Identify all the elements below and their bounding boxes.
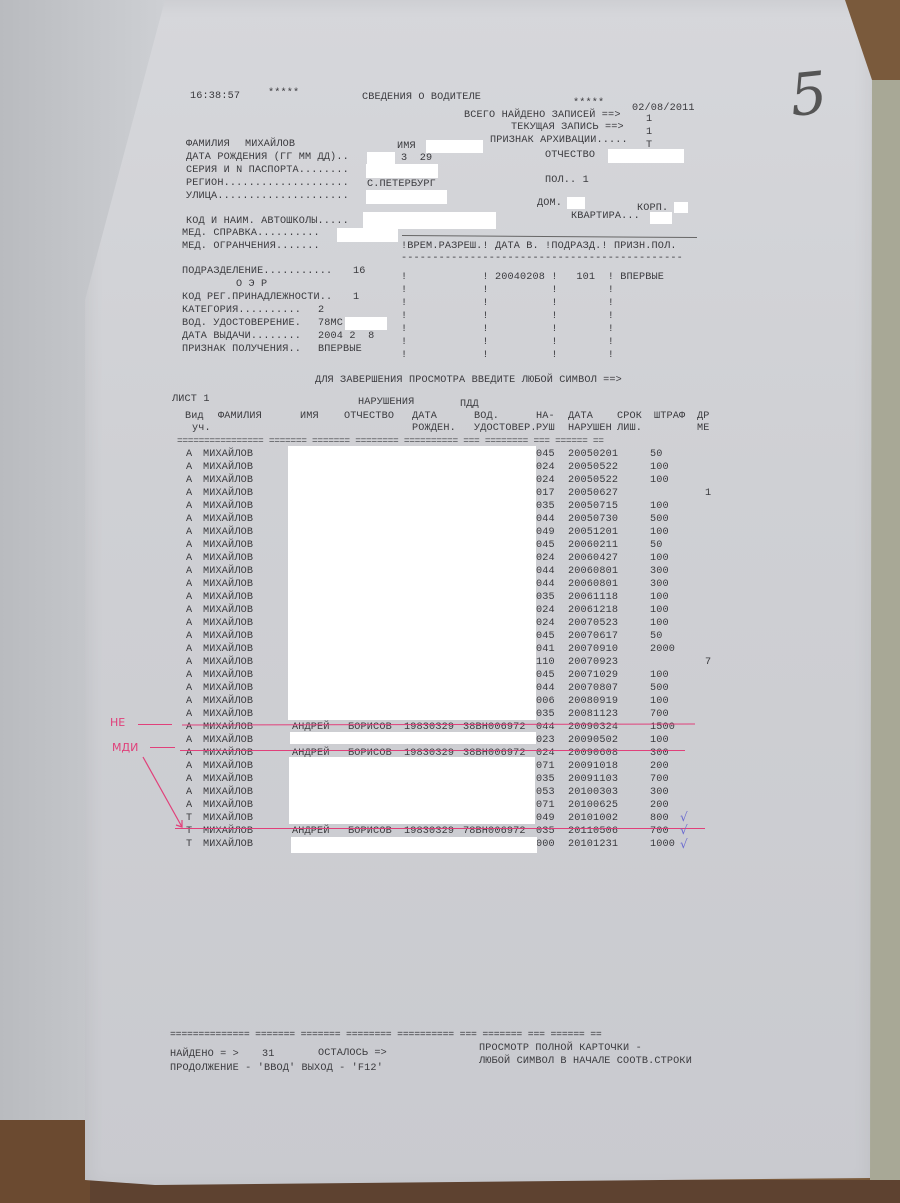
redacted-block-3 <box>289 757 535 824</box>
table-cell-code: 045 <box>536 539 555 552</box>
table-cell-surname: МИХАЙЛОВ <box>203 643 253 656</box>
table-cell-code: 024 <box>536 747 555 760</box>
table-cell-surname: МИХАЙЛОВ <box>203 721 253 734</box>
table-cell-code: 024 <box>536 604 555 617</box>
strike-line-row-30 <box>175 828 705 829</box>
redacted-block-1 <box>288 446 536 720</box>
table-cell-fine: 700 <box>650 825 669 838</box>
table-cell-type: А <box>186 682 192 695</box>
table-cell-code: 024 <box>536 617 555 630</box>
table-cell-date: 20060801 <box>568 578 618 591</box>
table-cell-surname: МИХАЙЛОВ <box>203 734 253 747</box>
table-cell-date: 20090502 <box>568 734 618 747</box>
table-cell-surname: МИХАЙЛОВ <box>203 669 253 682</box>
table-cell-type: А <box>186 487 192 500</box>
table-cell-fine: 300 <box>650 565 669 578</box>
table-cell-date: 20101231 <box>568 838 618 851</box>
table-cell-type: А <box>186 695 192 708</box>
table-cell-date: 20050522 <box>568 474 618 487</box>
redacted-block-2 <box>290 732 536 744</box>
table-cell-code: 044 <box>536 565 555 578</box>
oer-label: О Э Р <box>236 278 267 291</box>
table-cell-fine: 200 <box>650 799 669 812</box>
table-cell-fine: 100 <box>650 617 669 630</box>
redacted-street <box>366 190 447 204</box>
table-cell-code: 035 <box>536 773 555 786</box>
table-cell-date: 20060211 <box>568 539 618 552</box>
table-cell-fine: 700 <box>650 773 669 786</box>
table-cell-code: 017 <box>536 487 555 500</box>
total-found-value: 1 <box>646 113 652 126</box>
table-cell-date: 20060801 <box>568 565 618 578</box>
table-cell-surname: МИХАЙЛОВ <box>203 773 253 786</box>
table-cell-surname: МИХАЙЛОВ <box>203 604 253 617</box>
permit-row-empty: ! ! ! ! <box>401 310 614 323</box>
table-cell-code: 049 <box>536 526 555 539</box>
med-restr-label: МЕД. ОГРАНЧЕНИЯ....... <box>182 240 320 253</box>
table-cell-surname: МИХАЙЛОВ <box>203 708 253 721</box>
table-cell-code: 035 <box>536 708 555 721</box>
table-cell-type: А <box>186 578 192 591</box>
strike-line-row-24 <box>180 750 685 751</box>
table-cell-surname: МИХАЙЛОВ <box>203 617 253 630</box>
table-cell-date: 20070523 <box>568 617 618 630</box>
table-cell-type: А <box>186 617 192 630</box>
table-cell-fine: 100 <box>650 461 669 474</box>
table-cell-code: 035 <box>536 500 555 513</box>
annotation-arrow-diagonal <box>140 755 190 835</box>
table-cell-code: 045 <box>536 448 555 461</box>
table-cell-surname: МИХАЙЛОВ <box>203 578 253 591</box>
table-cell-surname: МИХАЙЛОВ <box>203 565 253 578</box>
table-cell-code: 045 <box>536 630 555 643</box>
table-cell-type: Т <box>186 838 192 851</box>
redacted-apt <box>650 212 672 224</box>
check-mark-icon: √ <box>680 823 688 837</box>
table-cell-date: 20060427 <box>568 552 618 565</box>
table-cell-type: А <box>186 526 192 539</box>
table-cell-date: 20091103 <box>568 773 618 786</box>
table-cell-code: 053 <box>536 786 555 799</box>
table-cell-type: А <box>186 721 192 734</box>
table-cell-surname: МИХАЙЛОВ <box>203 474 253 487</box>
table-cell-surname: МИХАЙЛОВ <box>203 591 253 604</box>
table-cell-code: 044 <box>536 682 555 695</box>
redacted-med-cert <box>337 228 398 242</box>
table-cell-date: 20050522 <box>568 461 618 474</box>
table-cell-code: 035 <box>536 825 555 838</box>
table-cell-fine: 300 <box>650 747 669 760</box>
table-cell-code: 049 <box>536 812 555 825</box>
surname-value: МИХАЙЛОВ <box>245 138 295 151</box>
permit-row-empty: ! ! ! ! <box>401 284 614 297</box>
table-cell-type: А <box>186 734 192 747</box>
redacted-school <box>363 212 496 229</box>
annotation-arrow-2 <box>150 747 175 748</box>
redacted-block-4 <box>291 837 537 853</box>
table-cell-code: 023 <box>536 734 555 747</box>
table-cell-code: 071 <box>536 760 555 773</box>
redacted-passport <box>366 164 438 178</box>
apt-label: КВАРТИРА... <box>571 210 640 223</box>
category-value: 2 <box>318 304 324 317</box>
redacted-name <box>426 140 483 153</box>
surname-label: ФАМИЛИЯ <box>186 138 230 151</box>
birth-label: ДАТА РОЖДЕНИЯ (ГГ ММ ДД).. <box>186 151 349 164</box>
region-code-label: КОД РЕГ.ПРИНАДЛЕЖНОСТИ.. <box>182 291 332 304</box>
table-cell-date: 20070807 <box>568 682 618 695</box>
table-cell-fine: 100 <box>650 500 669 513</box>
table-cell-type: А <box>186 630 192 643</box>
table-cell-fine: 200 <box>650 760 669 773</box>
table-cell-code: 045 <box>536 669 555 682</box>
table-cell-fine: 100 <box>650 604 669 617</box>
table-cell-type: А <box>186 552 192 565</box>
group-header-violations: НАРУШЕНИЯ <box>358 396 414 409</box>
annotation-arrow-1 <box>138 724 172 725</box>
footer-separator: ============== ======= ======= ======== … <box>170 1028 602 1041</box>
permit-row-empty: ! ! ! ! <box>401 336 614 349</box>
table-cell-code: 024 <box>536 461 555 474</box>
table-cell-fine: 500 <box>650 682 669 695</box>
table-cell-fine: 100 <box>650 526 669 539</box>
med-cert-label: МЕД. СПРАВКА.......... <box>182 227 320 240</box>
sheet-label: ЛИСТ 1 <box>172 393 210 406</box>
redacted-house <box>567 197 585 209</box>
table-cell-date: 20090608 <box>568 747 618 760</box>
remaining-label: ОСТАЛОСЬ => <box>318 1047 387 1060</box>
table-cell-fine: 100 <box>650 734 669 747</box>
table-cell-code: 035 <box>536 591 555 604</box>
print-time: 16:38:57 <box>190 90 240 103</box>
table-cell-surname: МИХАЙЛОВ <box>203 539 253 552</box>
table-cell-other: 1 <box>705 487 711 500</box>
table-cell-surname: МИХАЙЛОВ <box>203 526 253 539</box>
column-header: ФАМИЛИЯ <box>218 410 262 423</box>
table-cell-surname: МИХАЙЛОВ <box>203 448 253 461</box>
permit-table-dashes: ----------------------------------------… <box>401 252 683 265</box>
table-cell-code: 041 <box>536 643 555 656</box>
continue-hint: ПРОДОЛЖЕНИЕ - 'ВВОД' ВЫХОД - 'F12' <box>170 1062 383 1075</box>
table-cell-fine: 100 <box>650 695 669 708</box>
passport-label: СЕРИЯ И N ПАСПОРТА........ <box>186 164 349 177</box>
issue-date-value: 2004 2 8 <box>318 330 374 343</box>
table-cell-date: 20100303 <box>568 786 618 799</box>
table-cell-fine: 50 <box>650 539 663 552</box>
table-cell-surname: МИХАЙЛОВ <box>203 786 253 799</box>
paper-stack-edge <box>870 80 900 1203</box>
table-cell-date: 20081123 <box>568 708 618 721</box>
table-cell-date: 20061218 <box>568 604 618 617</box>
table-cell-type: А <box>186 591 192 604</box>
current-record-label: ТЕКУЩАЯ ЗАПИСЬ ==> <box>511 121 624 134</box>
redacted-korp <box>674 202 688 213</box>
region-label: РЕГИОН.................... <box>186 177 349 190</box>
table-cell-date: 20061118 <box>568 591 618 604</box>
table-cell-fine: 2000 <box>650 643 675 656</box>
table-cell-code: 024 <box>536 552 555 565</box>
table-cell-type: А <box>186 643 192 656</box>
table-cell-date: 20050201 <box>568 448 618 461</box>
region-code-value: 1 <box>353 291 359 304</box>
table-cell-date: 20051201 <box>568 526 618 539</box>
table-cell-surname: МИХАЙЛОВ <box>203 760 253 773</box>
found-value: 31 <box>262 1048 275 1061</box>
table-cell-fine: 300 <box>650 786 669 799</box>
check-mark-icon: √ <box>680 810 688 824</box>
patronymic-label: ОТЧЕСТВО <box>545 149 595 162</box>
issue-date-label: ДАТА ВЫДАЧИ........ <box>182 330 301 343</box>
table-cell-type: А <box>186 708 192 721</box>
sex-label: ПОЛ.. 1 <box>545 174 589 187</box>
document-title: СВЕДЕНИЯ О ВОДИТЕЛЕ <box>362 91 481 104</box>
table-cell-code: 024 <box>536 474 555 487</box>
table-cell-fine: 1000 <box>650 838 675 851</box>
column-header: ИМЯ <box>300 410 319 423</box>
table-cell-date: 20101002 <box>568 812 618 825</box>
receipt-value: ВПЕРВЫЕ <box>318 343 362 356</box>
table-cell-fine: 50 <box>650 630 663 643</box>
full-card-hint-2: ЛЮБОЙ СИМВОЛ В НАЧАЛЕ СООТВ.СТРОКИ <box>479 1055 692 1068</box>
table-cell-type: А <box>186 474 192 487</box>
table-cell-fine: 300 <box>650 578 669 591</box>
table-cell-date: 20050715 <box>568 500 618 513</box>
redacted-license <box>345 317 387 330</box>
table-cell-type: А <box>186 565 192 578</box>
category-label: КАТЕГОРИЯ.......... <box>182 304 301 317</box>
table-cell-type: А <box>186 656 192 669</box>
table-cell-surname: МИХАЙЛОВ <box>203 500 253 513</box>
column-header: МЕ <box>697 422 710 435</box>
house-label: ДОМ. <box>537 197 562 210</box>
table-cell-date: 20070923 <box>568 656 618 669</box>
stars-left: ***** <box>268 87 299 100</box>
table-cell-surname: МИХАЙЛОВ <box>203 630 253 643</box>
table-cell-fine: 100 <box>650 552 669 565</box>
table-cell-surname: МИХАЙЛОВ <box>203 825 253 838</box>
table-cell-fine: 800 <box>650 812 669 825</box>
table-cell-fine: 100 <box>650 669 669 682</box>
redacted-patronymic <box>608 149 684 163</box>
column-header: ЛИШ. <box>617 422 642 435</box>
table-cell-date: 20070617 <box>568 630 618 643</box>
table-cell-surname: МИХАЙЛОВ <box>203 695 253 708</box>
table-cell-type: А <box>186 461 192 474</box>
table-cell-type: А <box>186 539 192 552</box>
table-cell-surname: МИХАЙЛОВ <box>203 487 253 500</box>
table-cell-code: 044 <box>536 513 555 526</box>
table-cell-surname: МИХАЙЛОВ <box>203 552 253 565</box>
table-cell-date: 20080919 <box>568 695 618 708</box>
annotation-note-2: МДИ <box>112 741 138 754</box>
table-cell-surname: МИХАЙЛОВ <box>203 682 253 695</box>
table-cell-type: А <box>186 448 192 461</box>
table-cell-surname: МИХАЙЛОВ <box>203 838 253 851</box>
table-cell-code: 071 <box>536 799 555 812</box>
archive-flag-label: ПРИЗНАК АРХИВАЦИИ..... <box>490 134 628 147</box>
table-cell-surname: МИХАЙЛОВ <box>203 799 253 812</box>
table-cell-type: А <box>186 604 192 617</box>
table-cell-type: А <box>186 669 192 682</box>
check-mark-icon: √ <box>680 837 688 851</box>
division-value: 16 <box>353 265 366 278</box>
table-cell-fine: 700 <box>650 708 669 721</box>
license-value: 78МС <box>318 317 343 330</box>
permit-row-empty: ! ! ! ! <box>401 297 614 310</box>
table-cell-code: 110 <box>536 656 555 669</box>
handwritten-page-number: 5 <box>787 58 831 129</box>
table-cell-surname: МИХАЙЛОВ <box>203 812 253 825</box>
table-cell-fine: 50 <box>650 448 663 461</box>
table-cell-surname: МИХАЙЛОВ <box>203 461 253 474</box>
table-cell-type: А <box>186 513 192 526</box>
table-cell-code: 000 <box>536 838 555 851</box>
found-label: НАЙДЕНО = > <box>170 1048 239 1061</box>
permit-row-empty: ! ! ! ! <box>401 323 614 336</box>
permit-row-empty: ! ! ! ! <box>401 349 614 362</box>
table-cell-code: 044 <box>536 578 555 591</box>
table-cell-date: 20050730 <box>568 513 618 526</box>
table-cell-code: 006 <box>536 695 555 708</box>
print-date: 02/08/2011 <box>632 102 695 115</box>
table-cell-date: 20071029 <box>568 669 618 682</box>
table-cell-date: 20100625 <box>568 799 618 812</box>
table-cell-surname: МИХАЙЛОВ <box>203 656 253 669</box>
table-cell-surname: МИХАЙЛОВ <box>203 747 253 760</box>
table-cell-date: 20070910 <box>568 643 618 656</box>
view-prompt: ДЛЯ ЗАВЕРШЕНИЯ ПРОСМОТРА ВВЕДИТЕ ЛЮБОЙ С… <box>315 374 622 387</box>
table-cell-other: 7 <box>705 656 711 669</box>
table-cell-date: 20110506 <box>568 825 618 838</box>
table-cell-fine: 100 <box>650 474 669 487</box>
full-card-hint-1: ПРОСМОТР ПОЛНОЙ КАРТОЧКИ - <box>479 1042 642 1055</box>
table-cell-fine: 500 <box>650 513 669 526</box>
license-label: ВОД. УДОСТОВЕРЕНИЕ. <box>182 317 301 330</box>
street-label: УЛИЦА..................... <box>186 190 349 203</box>
column-header: ШТРАФ <box>654 410 685 423</box>
table-cell-type: А <box>186 500 192 513</box>
permit-row-1: ! ! 20040208 ! 101 ! ВПЕРВЫЕ <box>401 271 664 284</box>
division-label: ПОДРАЗДЕЛЕНИЕ........... <box>182 265 332 278</box>
table-cell-surname: МИХАЙЛОВ <box>203 513 253 526</box>
annotation-note-1: НЕ <box>110 716 125 729</box>
table-cell-date: 20091018 <box>568 760 618 773</box>
table-cell-date: 20050627 <box>568 487 618 500</box>
current-record-value: 1 <box>646 126 652 139</box>
column-header: ОТЧЕСТВО <box>344 410 394 423</box>
table-cell-fine: 100 <box>650 591 669 604</box>
receipt-label: ПРИЗНАК ПОЛУЧЕНИЯ.. <box>182 343 301 356</box>
